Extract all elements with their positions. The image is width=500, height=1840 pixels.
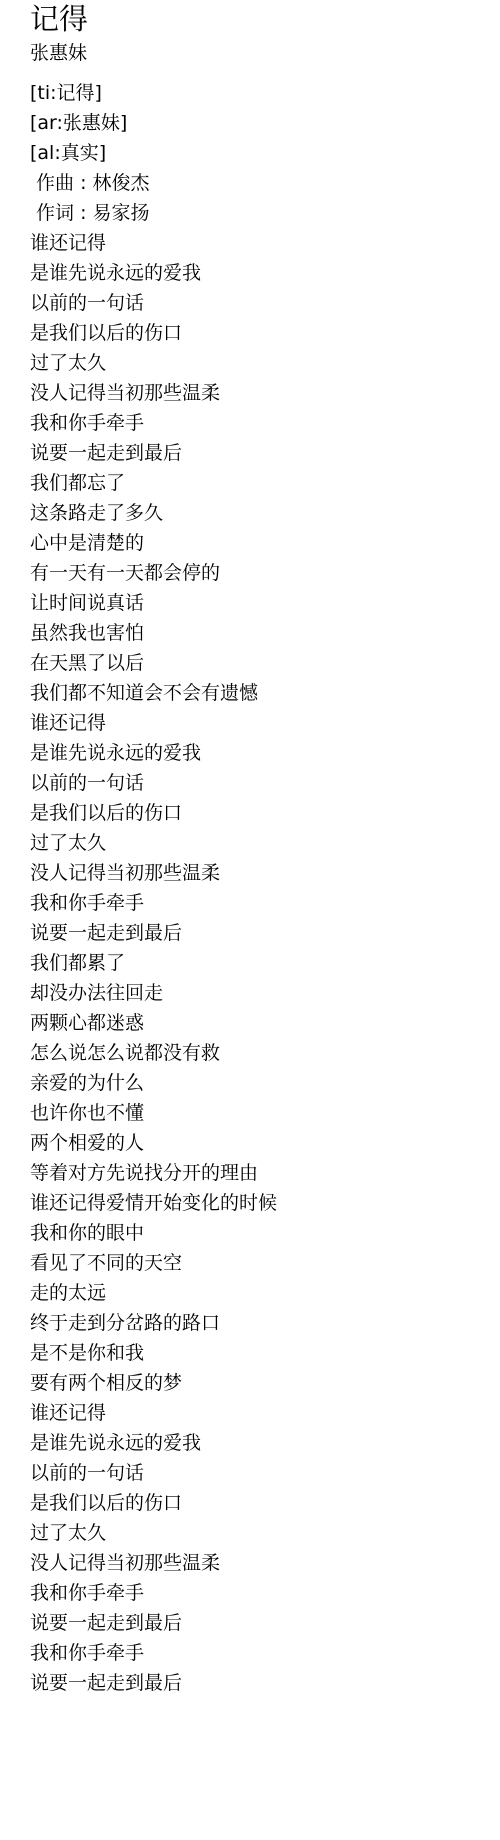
lyric-line: 等着对方先说找分开的理由 [30, 1158, 277, 1188]
lyric-line: 我和你手牵手 [30, 1578, 277, 1608]
lyric-line: 虽然我也害怕 [30, 618, 277, 648]
lyric-line: 两个相爱的人 [30, 1128, 277, 1158]
lyric-line: 是谁先说永远的爱我 [30, 738, 277, 768]
lyric-line: 亲爱的为什么 [30, 1068, 277, 1098]
lyric-line: 看见了不同的天空 [30, 1248, 277, 1278]
lyric-line: 谁还记得爱情开始变化的时候 [30, 1188, 277, 1218]
lyric-line: 这条路走了多久 [30, 498, 277, 528]
lyric-line: 过了太久 [30, 828, 277, 858]
lyric-line: 说要一起走到最后 [30, 1668, 277, 1698]
lyric-line: 终于走到分岔路的路口 [30, 1308, 277, 1338]
lyric-line: 我们都累了 [30, 948, 277, 978]
lyric-line: 在天黑了以后 [30, 648, 277, 678]
lyric-line: 谁还记得 [30, 1398, 277, 1428]
lyric-line: 过了太久 [30, 348, 277, 378]
lyric-line: 是不是你和我 [30, 1338, 277, 1368]
lyric-line: [ar:张惠妹] [30, 108, 277, 138]
lyric-line: 是我们以后的伤口 [30, 1488, 277, 1518]
lyric-line: 却没办法往回走 [30, 978, 277, 1008]
lyric-line: 以前的一句话 [30, 1458, 277, 1488]
lyric-line: 我和你手牵手 [30, 888, 277, 918]
lyric-line: 让时间说真话 [30, 588, 277, 618]
lyric-line: 过了太久 [30, 1518, 277, 1548]
lyric-line: 是谁先说永远的爱我 [30, 258, 277, 288]
lyric-line: 我和你手牵手 [30, 1638, 277, 1668]
lyric-line: 怎么说怎么说都没有救 [30, 1038, 277, 1068]
lyric-line: 是我们以后的伤口 [30, 318, 277, 348]
lyric-line: 我们都忘了 [30, 468, 277, 498]
lyric-line: 是我们以后的伤口 [30, 798, 277, 828]
lyric-line: 说要一起走到最后 [30, 918, 277, 948]
lyric-line: [al:真实] [30, 138, 277, 168]
lyric-line: 谁还记得 [30, 708, 277, 738]
lyrics-list: [ti:记得][ar:张惠妹][al:真实] 作曲 : 林俊杰 作词 : 易家扬… [30, 78, 277, 1698]
lyric-line: 心中是清楚的 [30, 528, 277, 558]
lyric-line: 也许你也不懂 [30, 1098, 277, 1128]
lyric-line: 有一天有一天都会停的 [30, 558, 277, 588]
lyric-line: [ti:记得] [30, 78, 277, 108]
lyric-line: 我和你手牵手 [30, 408, 277, 438]
lyric-line: 没人记得当初那些温柔 [30, 858, 277, 888]
lyric-line: 以前的一句话 [30, 288, 277, 318]
song-artist: 张惠妹 [30, 40, 87, 66]
lyric-line: 我和你的眼中 [30, 1218, 277, 1248]
song-title: 记得 [30, 0, 88, 38]
lyric-line: 没人记得当初那些温柔 [30, 1548, 277, 1578]
lyric-line: 要有两个相反的梦 [30, 1368, 277, 1398]
lyric-line: 说要一起走到最后 [30, 1608, 277, 1638]
lyric-line: 作词 : 易家扬 [30, 198, 277, 228]
lyric-line: 以前的一句话 [30, 768, 277, 798]
lyric-line: 是谁先说永远的爱我 [30, 1428, 277, 1458]
lyric-line: 没人记得当初那些温柔 [30, 378, 277, 408]
lyric-line: 走的太远 [30, 1278, 277, 1308]
lyric-line: 我们都不知道会不会有遗憾 [30, 678, 277, 708]
lyric-line: 说要一起走到最后 [30, 438, 277, 468]
lyric-line: 谁还记得 [30, 228, 277, 258]
lyric-line: 作曲 : 林俊杰 [30, 168, 277, 198]
lyric-line: 两颗心都迷惑 [30, 1008, 277, 1038]
